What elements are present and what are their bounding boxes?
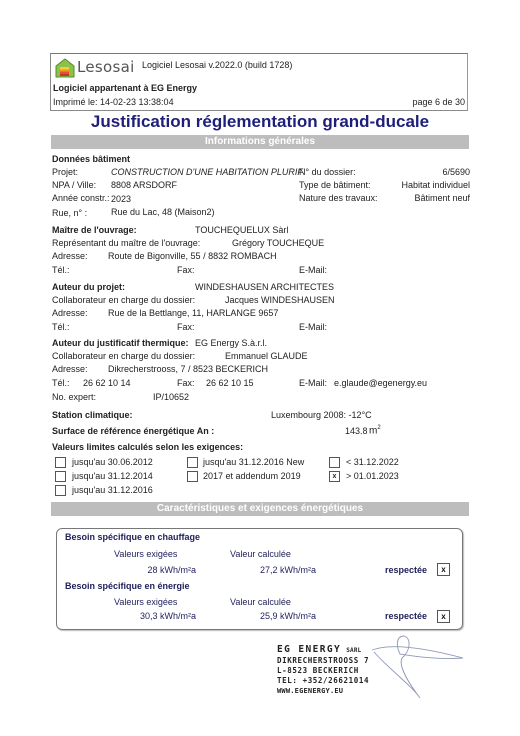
building-type-label: Type de bâtiment: [299,180,371,190]
logo-text: Lesosai [77,58,135,76]
owner-heading: Maître de l'ouvrage: [52,225,137,235]
author-name: WINDESHAUSEN ARCHITECTES [195,282,334,292]
dossier-label: N° du dossier: [299,167,356,177]
owner-rep-label: Représentant du maître de l'ouvrage: [52,238,200,248]
thermal-email-label: E-Mail: [299,378,327,388]
checkbox-2016-label: jusqu'au 31.12.2016 [72,485,153,495]
expert-value: IP/10652 [153,392,189,402]
heating-calculated-value: 27,2 kWh/m²a [260,565,316,575]
author-collab-value: Jacques WINDESHAUSEN [225,295,335,305]
heating-required-label: Valeurs exigées [114,549,177,559]
heating-required-value: 28 kWh/m²a [147,565,196,575]
software-version: Logiciel Lesosai v.2022.0 (build 1728) [142,60,292,70]
house-icon [55,58,75,78]
lesosai-logo: Lesosai [55,57,131,79]
heating-calculated-label: Valeur calculée [230,549,291,559]
dossier-value: 6/5690 [442,167,470,177]
street-value: Rue du Lac, 48 (Maison2) [111,207,215,217]
heating-status-checkbox[interactable]: x [437,563,450,576]
project-value: CONSTRUCTION D'UNE HABITATION PLURIF [111,167,303,177]
author-address-label: Adresse: [52,308,88,318]
climate-station-label: Station climatique: [52,410,133,420]
thermal-author-name: EG Energy S.à.r.l. [195,338,267,348]
checkbox-2016-new[interactable] [187,457,198,468]
building-type-value: Habitat individuel [401,180,470,190]
thermal-author-heading: Auteur du justificatif thermique: [52,338,189,348]
page-number: page 6 de 30 [412,97,465,107]
thermal-tel-label: Tél.: [52,378,70,388]
year-label: Année constr.: [52,193,110,203]
thermal-collab-value: Emmanuel GLAUDE [225,351,308,361]
page-title: Justification réglementation grand-ducal… [0,112,520,132]
author-heading: Auteur du projet: [52,282,125,292]
year-value: 2023 [111,194,131,204]
checkbox-2017-label: 2017 et addendum 2019 [203,471,301,481]
owner-rep-value: Grégory TOUCHEQUE [232,238,324,248]
checkbox-2017[interactable] [187,471,198,482]
owner-name: TOUCHEQUELUX Sàrl [195,225,288,235]
checkbox-2014-label: jusqu'au 31.12.2014 [72,471,153,481]
company-stamp: EG ENERGY SARL DIKRECHERSTROOSS 7 L-8523… [277,645,369,696]
author-tel-label: Tél.: [52,322,70,332]
npa-value: 8808 ARSDORF [111,180,177,190]
expert-label: No. expert: [52,392,96,402]
energy-status: respectée [385,611,427,621]
thermal-fax-label: Fax: [177,378,195,388]
owner-address-label: Adresse: [52,251,88,261]
checkbox-2014[interactable] [55,471,66,482]
thermal-address-value: Dikrecherstrooss, 7 / 8523 BECKERICH [108,364,268,374]
section-header-general: Informations générales [51,135,469,149]
heating-status: respectée [385,565,427,575]
owner-tel-label: Tél.: [52,265,70,275]
software-owner: Logiciel appartenant à EG Energy [53,83,197,93]
energy-calculated-label: Valeur calculée [230,597,291,607]
author-collab-label: Collaborateur en charge du dossier: [52,295,195,305]
surface-label: Surface de référence énergétique An : [52,426,214,436]
building-heading: Données bâtiment [52,154,130,164]
climate-station-value: Luxembourg 2008: -12°C [271,410,372,420]
energy-calculated-value: 25,9 kWh/m²a [260,611,316,621]
checkbox-2016[interactable] [55,485,66,496]
surface-value: 143.8 [345,426,368,436]
checkbox-2016-new-label: jusqu'au 31.12.2016 New [203,457,304,467]
energy-required-label: Valeurs exigées [114,597,177,607]
thermal-email-value: e.glaude@egenergy.eu [334,378,427,388]
surface-unit: m2 [369,425,381,436]
checkbox-2022-label: < 31.12.2022 [346,457,399,467]
checkbox-2012-label: jusqu'au 30.06.2012 [72,457,153,467]
thermal-tel-value: 26 62 10 14 [83,378,131,388]
thermal-address-label: Adresse: [52,364,88,374]
street-label: Rue, n° : [52,208,87,218]
section-header-energy: Caractéristiques et exigences énergétiqu… [51,502,469,516]
document-header: Lesosai Logiciel Lesosai v.2022.0 (build… [50,53,468,111]
signature-icon [368,632,468,702]
energy-required-value: 30,3 kWh/m²a [140,611,196,621]
limits-heading: Valeurs limites calculés selon les exige… [52,442,243,452]
npa-label: NPA / Ville: [52,180,96,190]
thermal-fax-value: 26 62 10 15 [206,378,254,388]
checkbox-2012[interactable] [55,457,66,468]
works-nature-value: Bâtiment neuf [414,193,470,203]
works-nature-label: Nature des travaux: [299,193,378,203]
author-email-label: E-Mail: [299,322,327,332]
project-label: Projet: [52,167,78,177]
owner-address-value: Route de Bigonville, 55 / 8832 ROMBACH [108,251,277,261]
owner-fax-label: Fax: [177,265,195,275]
heating-title: Besoin spécifique en chauffage [65,532,200,542]
author-address-value: Rue de la Bettlange, 11, HARLANGE 9657 [108,308,278,318]
print-date: Imprimé le: 14-02-23 13:38:04 [53,97,174,107]
checkbox-2023-label: > 01.01.2023 [346,471,399,481]
requirements-box: Besoin spécifique en chauffage Valeurs e… [56,528,463,630]
author-fax-label: Fax: [177,322,195,332]
checkbox-2022[interactable] [329,457,340,468]
thermal-collab-label: Collaborateur en charge du dossier: [52,351,195,361]
energy-title: Besoin spécifique en énergie [65,581,190,591]
energy-status-checkbox[interactable]: x [437,610,450,623]
owner-email-label: E-Mail: [299,265,327,275]
checkbox-2023[interactable]: x [329,471,340,482]
